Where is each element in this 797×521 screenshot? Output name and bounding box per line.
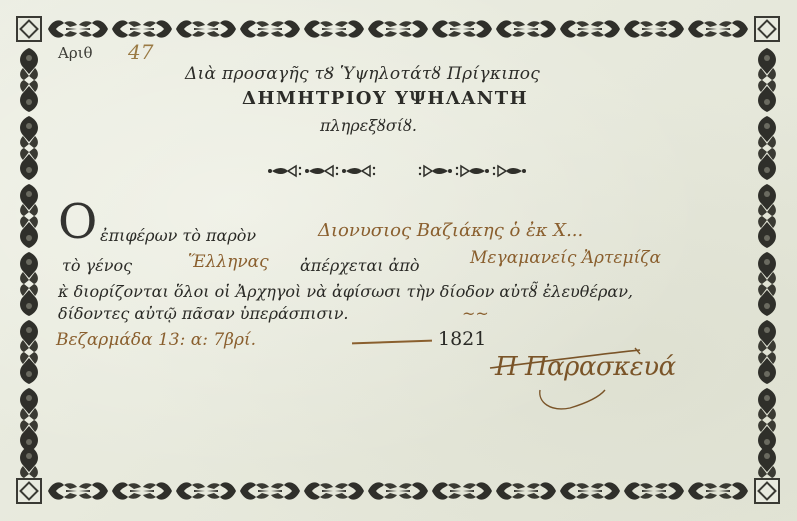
header-line-3: πληρεξȣσίȣ.	[320, 116, 417, 135]
tulip-ornament-icon	[14, 14, 44, 506]
handwritten-origin: Μεγαμανείς Ἀρτεμίζα	[470, 248, 661, 268]
body-printed-text: τὸ γένος	[62, 256, 132, 275]
ornamental-border-left	[14, 14, 44, 506]
date-dash-stroke	[352, 340, 432, 345]
body-printed-text: ἀπέρχεται ἀπὸ	[300, 256, 420, 275]
corner-ornament-icon	[16, 478, 42, 504]
handwritten-flourish: ~~	[462, 304, 489, 323]
ornamental-border-bottom	[14, 476, 782, 506]
drop-cap: Ο	[58, 198, 97, 246]
handwritten-name: Διονυσιος Βαζιάκης ὁ ἐκ Χ...	[318, 220, 583, 241]
header-title: ΔΗΜΗΤΡΙΟΥ ΥΨΗΛΑΝΤΗ	[242, 88, 528, 109]
corner-ornament-icon	[16, 16, 42, 42]
body-printed-text: κ̀ διορίζονται ὅλοι οἱ Ἀρχηγοὶ νὰ ἀφίσωσ…	[58, 282, 633, 301]
number-label: Αριθ	[58, 44, 93, 62]
signature: Π Παρασκευά	[495, 352, 676, 382]
body-printed-text: ἐπιφέρων τὸ παρὸν	[100, 226, 256, 245]
body-printed-text: δίδοντες αὐτῷ πᾶσαν ὑπεράσπισιν.	[58, 304, 349, 323]
document-page: Αριθ 47 Διὰ προσαγῆς τȢ Ὑψηλοτάτȣ Πρίγκι…	[0, 0, 797, 521]
tulip-ornament-icon	[752, 14, 782, 506]
ornamental-divider-icon	[266, 163, 528, 179]
floral-ornament-icon	[14, 476, 782, 506]
handwritten-date: Βεζαρμάδα 13: α: 7βρί.	[56, 330, 256, 350]
handwritten-nationality: Ἕλληνας	[188, 252, 269, 272]
corner-ornament-icon	[754, 478, 780, 504]
ornamental-border-right	[752, 14, 782, 506]
corner-ornament-icon	[754, 16, 780, 42]
document-number: 47	[128, 40, 153, 64]
header-line-1: Διὰ προσαγῆς τȢ Ὑψηλοτάτȣ Πρίγκιπος	[185, 64, 540, 84]
